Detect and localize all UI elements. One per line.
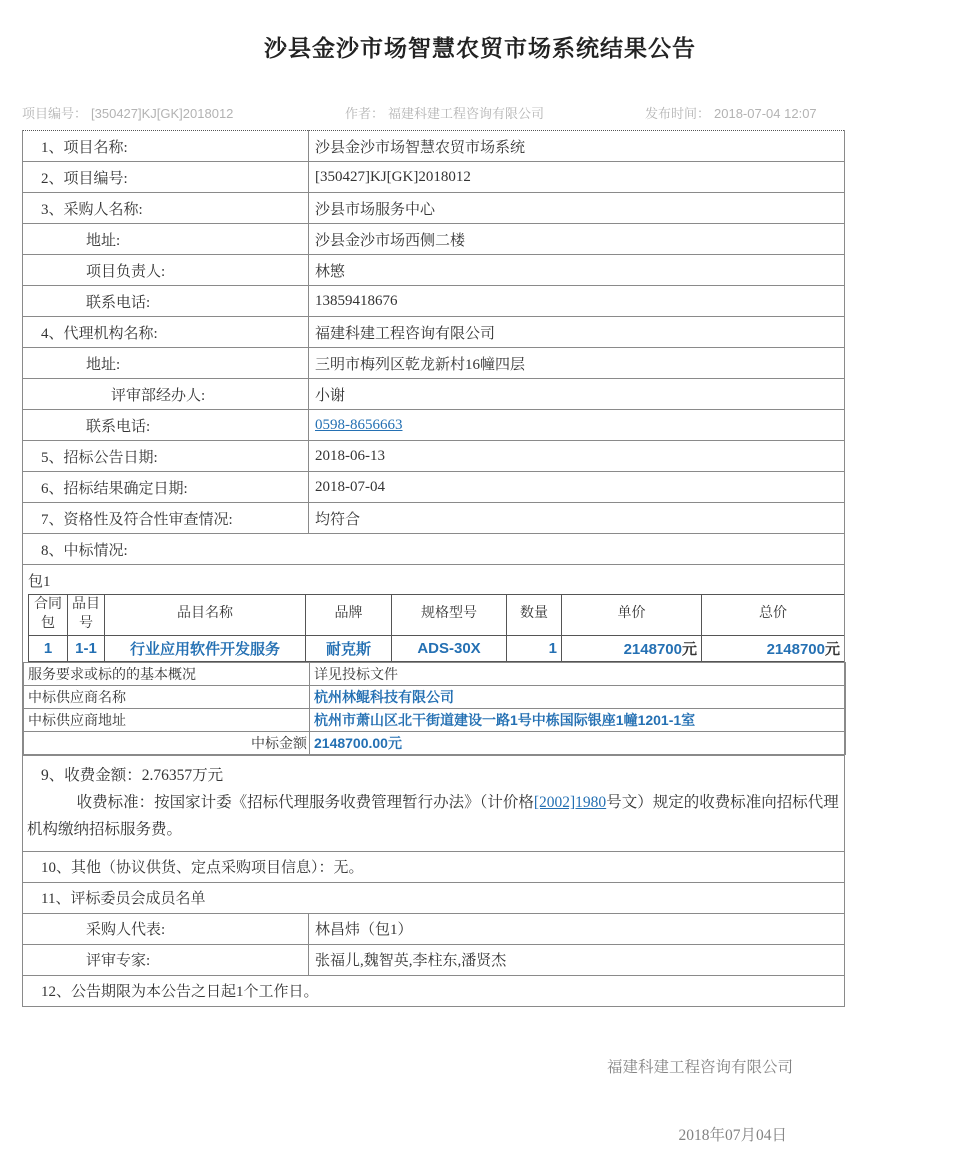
row-label: 2、项目编号: xyxy=(23,162,309,193)
award-detail-table: 服务要求或标的的基本概况 详见投标文件 中标供应商名称 杭州林鲲科技有限公司 中… xyxy=(23,662,846,755)
col-header-total-price: 总价 xyxy=(702,595,845,636)
meta-author-value: 福建科建工程咨询有限公司 xyxy=(388,106,544,121)
cell-item-name: 行业应用软件开发服务 xyxy=(105,635,306,661)
footer-date: 2018年07月04日 xyxy=(0,1123,960,1145)
table-row: 2、项目编号: [350427]KJ[GK]2018012 xyxy=(23,162,845,193)
fee-amount-line: 9、收费金额：2.76357万元 xyxy=(23,762,844,789)
fee-section: 9、收费金额：2.76357万元 收费标准：按国家计委《招标代理服务收费管理暂行… xyxy=(23,756,844,851)
meta-project-no: 项目编号：[350427]KJ[GK]2018012 xyxy=(22,103,345,122)
agency-phone-link[interactable]: 0598-8656663 xyxy=(315,417,403,433)
col-header-contract-pkg: 合同包 xyxy=(29,595,68,636)
table-row-award-block: 包1 合同包 品目号 品目名称 品牌 规格型号 数量 单价 总价 xyxy=(23,565,845,756)
row-value: 沙县市场服务中心 xyxy=(309,193,845,224)
table-row-section-award: 8、中标情况: xyxy=(23,534,845,565)
row-label: 1、项目名称: xyxy=(23,131,309,162)
row-value: 均符合 xyxy=(309,503,845,534)
cell-model: ADS-30X xyxy=(392,635,507,661)
meta-project-no-label: 项目编号： xyxy=(22,106,87,121)
col-header-brand: 品牌 xyxy=(306,595,392,636)
fee-doc-link[interactable]: [2002]1980 xyxy=(534,794,606,811)
table-row: 联系电话: 0598-8656663 xyxy=(23,410,845,441)
detail-row: 服务要求或标的的基本概况 详见投标文件 xyxy=(24,662,846,685)
others-line: 10、其他（协议供货、定点采购项目信息）：无。 xyxy=(23,851,845,882)
footer-company: 福建科建工程咨询有限公司 xyxy=(0,1055,960,1077)
review-experts: 张福儿,魏智英,李柱东,潘贤杰 xyxy=(309,944,845,975)
table-row-others: 10、其他（协议供货、定点采购项目信息）：无。 xyxy=(23,851,845,882)
table-row: 联系电话: 13859418676 xyxy=(23,286,845,317)
detail-row: 中标供应商名称 杭州林鲲科技有限公司 xyxy=(24,685,846,708)
col-header-qty: 数量 xyxy=(507,595,562,636)
row-value: 林慜 xyxy=(309,255,845,286)
award-amount-label: 中标金额 xyxy=(24,731,310,754)
col-header-unit-price: 单价 xyxy=(562,595,702,636)
row-label: 地址: xyxy=(23,224,309,255)
table-row: 项目负责人: 林慜 xyxy=(23,255,845,286)
table-row: 1、项目名称: 沙县金沙市场智慧农贸市场系统 xyxy=(23,131,845,162)
cell-item-no: 1-1 xyxy=(68,635,105,661)
row-label: 地址: xyxy=(23,348,309,379)
total-price-currency: 元 xyxy=(825,641,840,658)
row-value: 0598-8656663 xyxy=(309,410,845,441)
detail-label: 中标供应商地址 xyxy=(24,708,310,731)
table-row-fee: 9、收费金额：2.76357万元 收费标准：按国家计委《招标代理服务收费管理暂行… xyxy=(23,755,845,851)
row-value: 13859418676 xyxy=(309,286,845,317)
row-label: 6、招标结果确定日期: xyxy=(23,472,309,503)
winning-supplier-address: 杭州市萧山区北干街道建设一路1号中栋国际银座1幢1201-1室 xyxy=(310,708,846,731)
cell-qty: 1 xyxy=(507,635,562,661)
cell-brand: 耐克斯 xyxy=(306,635,392,661)
detail-label: 服务要求或标的的基本概况 xyxy=(24,662,310,685)
table-row: 3、采购人名称: 沙县市场服务中心 xyxy=(23,193,845,224)
award-amount-value: 2148700.00元 xyxy=(310,731,846,754)
detail-label: 中标供应商名称 xyxy=(24,685,310,708)
committee-section-label: 11、评标委员会成员名单 xyxy=(23,882,845,913)
row-label: 4、代理机构名称: xyxy=(23,317,309,348)
meta-bar: 项目编号：[350427]KJ[GK]2018012 作者：福建科建工程咨询有限… xyxy=(22,103,845,122)
row-value: 沙县金沙市场西侧二楼 xyxy=(309,224,845,255)
detail-row-amount: 中标金额 2148700.00元 xyxy=(24,731,846,754)
winning-supplier-name: 杭州林鲲科技有限公司 xyxy=(310,685,846,708)
meta-author: 作者：福建科建工程咨询有限公司 xyxy=(345,103,645,122)
table-row: 6、招标结果确定日期: 2018-07-04 xyxy=(23,472,845,503)
table-row: 7、资格性及符合性审查情况: 均符合 xyxy=(23,503,845,534)
row-value: 沙县金沙市场智慧农贸市场系统 xyxy=(309,131,845,162)
row-value: [350427]KJ[GK]2018012 xyxy=(309,162,845,193)
detail-row: 中标供应商地址 杭州市萧山区北干街道建设一路1号中栋国际银座1幢1201-1室 xyxy=(24,708,846,731)
col-header-item-name: 品目名称 xyxy=(105,595,306,636)
award-product-table: 合同包 品目号 品目名称 品牌 规格型号 数量 单价 总价 1 xyxy=(28,594,845,662)
table-row: 4、代理机构名称: 福建科建工程咨询有限公司 xyxy=(23,317,845,348)
meta-publish-label: 发布时间： xyxy=(645,106,710,121)
table-row-period: 12、公告期限为本公告之日起1个工作日。 xyxy=(23,975,845,1006)
row-label: 评审专家: xyxy=(23,944,309,975)
table-row: 地址: 沙县金沙市场西侧二楼 xyxy=(23,224,845,255)
table-row: 5、招标公告日期: 2018-06-13 xyxy=(23,441,845,472)
cell-total-price: 2148700元 xyxy=(702,635,845,661)
row-label: 项目负责人: xyxy=(23,255,309,286)
detail-value: 详见投标文件 xyxy=(310,662,846,685)
award-section-label: 8、中标情况: xyxy=(23,534,845,565)
meta-author-label: 作者： xyxy=(345,106,384,121)
row-value: 小谢 xyxy=(309,379,845,410)
row-value: 2018-07-04 xyxy=(309,472,845,503)
table-row: 地址: 三明市梅列区乾龙新村16幢四层 xyxy=(23,348,845,379)
cell-contract-pkg: 1 xyxy=(29,635,68,661)
announcement-table: 1、项目名称: 沙县金沙市场智慧农贸市场系统 2、项目编号: [350427]K… xyxy=(22,130,845,1007)
row-label: 评审部经办人: xyxy=(23,379,309,410)
col-header-item-no: 品目号 xyxy=(68,595,105,636)
table-row: 采购人代表: 林昌炜（包1） xyxy=(23,913,845,944)
meta-publish-time: 发布时间：2018-07-04 12:07 xyxy=(645,103,845,122)
row-label: 7、资格性及符合性审查情况: xyxy=(23,503,309,534)
unit-price-currency: 元 xyxy=(682,641,697,658)
fee-standard-paragraph: 收费标准：按国家计委《招标代理服务收费管理暂行办法》（计价格[2002]1980… xyxy=(27,789,840,843)
table-row: 评审专家: 张福儿,魏智英,李柱东,潘贤杰 xyxy=(23,944,845,975)
row-label: 联系电话: xyxy=(23,286,309,317)
meta-publish-value: 2018-07-04 12:07 xyxy=(714,106,817,121)
cell-unit-price: 2148700元 xyxy=(562,635,702,661)
row-value: 三明市梅列区乾龙新村16幢四层 xyxy=(309,348,845,379)
table-row-section-committee: 11、评标委员会成员名单 xyxy=(23,882,845,913)
product-data-row: 1 1-1 行业应用软件开发服务 耐克斯 ADS-30X 1 2148700元 … xyxy=(29,635,845,661)
col-header-model: 规格型号 xyxy=(392,595,507,636)
table-row: 评审部经办人: 小谢 xyxy=(23,379,845,410)
row-label: 3、采购人名称: xyxy=(23,193,309,224)
row-label: 联系电话: xyxy=(23,410,309,441)
row-label: 采购人代表: xyxy=(23,913,309,944)
page-title: 沙县金沙市场智慧农贸市场系统结果公告 xyxy=(0,30,960,63)
row-label: 5、招标公告日期: xyxy=(23,441,309,472)
product-header-row: 合同包 品目号 品目名称 品牌 规格型号 数量 单价 总价 xyxy=(29,595,845,636)
row-value: 福建科建工程咨询有限公司 xyxy=(309,317,845,348)
package-label: 包1 xyxy=(23,565,844,594)
purchaser-representative: 林昌炜（包1） xyxy=(309,913,845,944)
row-value: 2018-06-13 xyxy=(309,441,845,472)
announcement-period-line: 12、公告期限为本公告之日起1个工作日。 xyxy=(23,975,845,1006)
announcement-page: 沙县金沙市场智慧农贸市场系统结果公告 项目编号：[350427]KJ[GK]20… xyxy=(0,30,960,1145)
meta-project-no-value: [350427]KJ[GK]2018012 xyxy=(91,106,233,121)
